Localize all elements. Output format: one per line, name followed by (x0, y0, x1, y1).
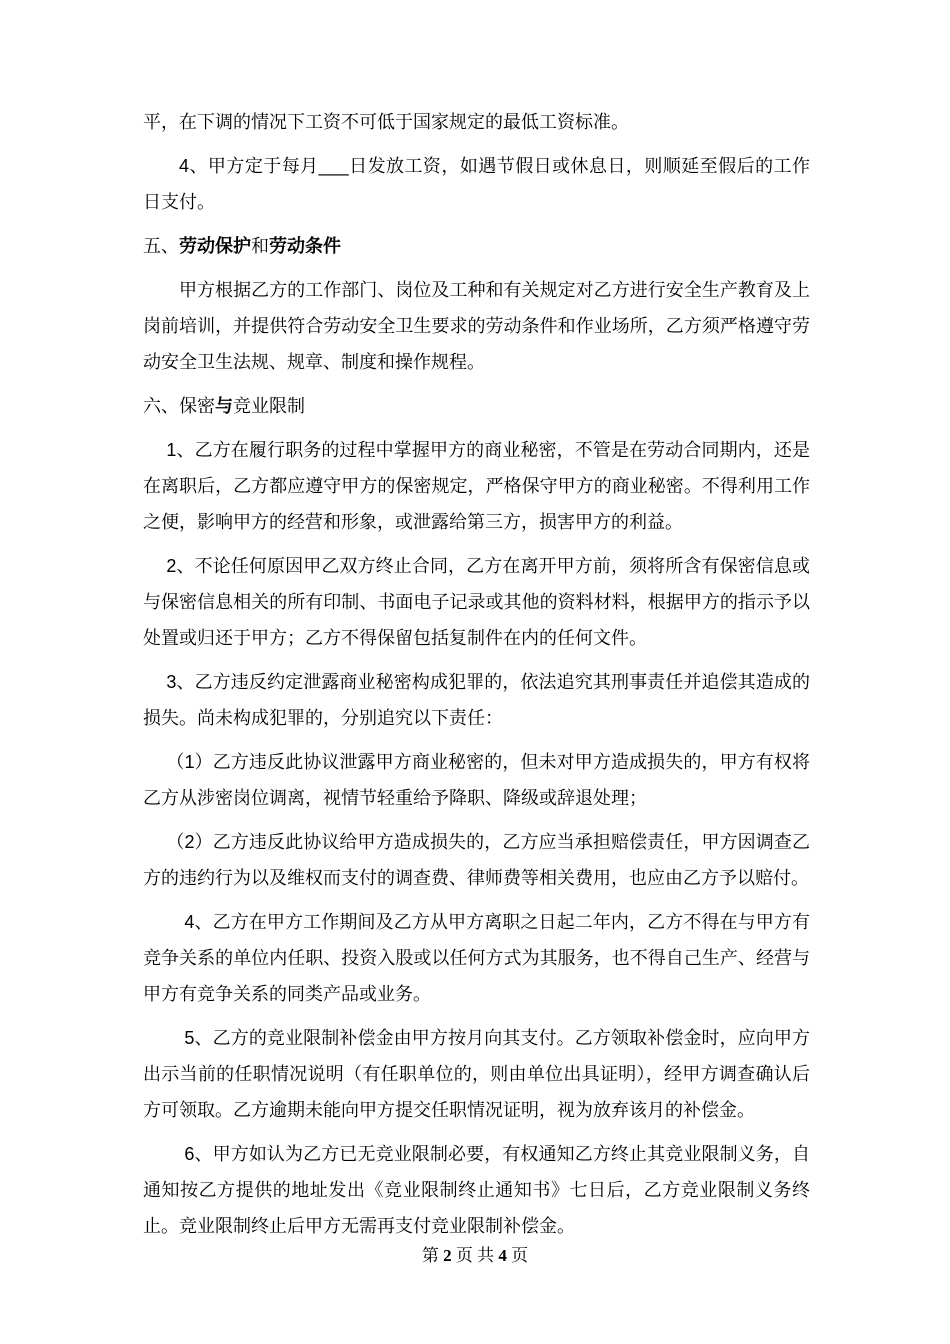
paragraph-clause-3: 3、乙方违反约定泄露商业秘密构成犯罪的，依法追究其刑事责任并追偿其造成的损失。尚… (143, 664, 810, 736)
footer-page-number: 2 (443, 1246, 452, 1265)
heading-run: 竞业限制 (233, 396, 305, 416)
section-heading-5: 五、劳动保护和劳动条件 (143, 228, 810, 264)
paragraph-clause-4: 4、乙方在甲方工作期间及乙方从甲方离职之日起二年内，乙方不得在与甲方有竞争关系的… (143, 904, 810, 1012)
paragraph-clause-3-sub-1: （1）乙方违反此协议泄露甲方商业秘密的，但未对甲方造成损失的，甲方有权将乙方从涉… (143, 744, 810, 816)
paragraph-clause-2: 2、不论任何原因甲乙双方终止合同，乙方在离开甲方前，须将所含有保密信息或与保密信… (143, 548, 810, 656)
paragraph-clause-6: 6、甲方如认为乙方已无竞业限制必要，有权通知乙方终止其竞业限制义务，自通知按乙方… (143, 1136, 810, 1244)
footer-run: 页 共 (452, 1246, 499, 1265)
heading-run: 六、 (143, 396, 179, 416)
heading-run: 和 (251, 236, 269, 256)
footer-run: 页 (507, 1246, 528, 1265)
document-page: 平，在下调的情况下工资不可低于国家规定的最低工资标准。 4、甲方定于每月___日… (0, 0, 950, 1344)
heading-run: 劳动保护 (179, 236, 251, 256)
page-footer: 第 2 页 共 4 页 (0, 1244, 950, 1268)
document-body: 平，在下调的情况下工资不可低于国家规定的最低工资标准。 4、甲方定于每月___日… (143, 104, 810, 1252)
section-heading-6: 六、保密与竞业限制 (143, 388, 810, 424)
paragraph-wage-level-continuation: 平，在下调的情况下工资不可低于国家规定的最低工资标准。 (143, 104, 810, 140)
heading-run: 与 (215, 396, 233, 416)
paragraph-clause-5: 5、乙方的竞业限制补偿金由甲方按月向其支付。乙方领取补偿金时，应向甲方出示当前的… (143, 1020, 810, 1128)
paragraph-clause-1: 1、乙方在履行职务的过程中掌握甲方的商业秘密，不管是在劳动合同期内，还是在离职后… (143, 432, 810, 540)
paragraph-pay-date: 4、甲方定于每月___日发放工资，如遇节假日或休息日，则顺延至假后的工作日支付。 (143, 148, 810, 220)
heading-run: 保密 (179, 396, 215, 416)
heading-run: 劳动条件 (269, 236, 341, 256)
paragraph-section5-body: 甲方根据乙方的工作部门、岗位及工种和有关规定对乙方进行安全生产教育及上岗前培训，… (143, 272, 810, 380)
footer-run: 第 (422, 1246, 443, 1265)
paragraph-clause-3-sub-2: （2）乙方违反此协议给甲方造成损失的，乙方应当承担赔偿责任，甲方因调查乙方的违约… (143, 824, 810, 896)
footer-total-pages: 4 (498, 1246, 507, 1265)
heading-run: 五、 (143, 236, 179, 256)
